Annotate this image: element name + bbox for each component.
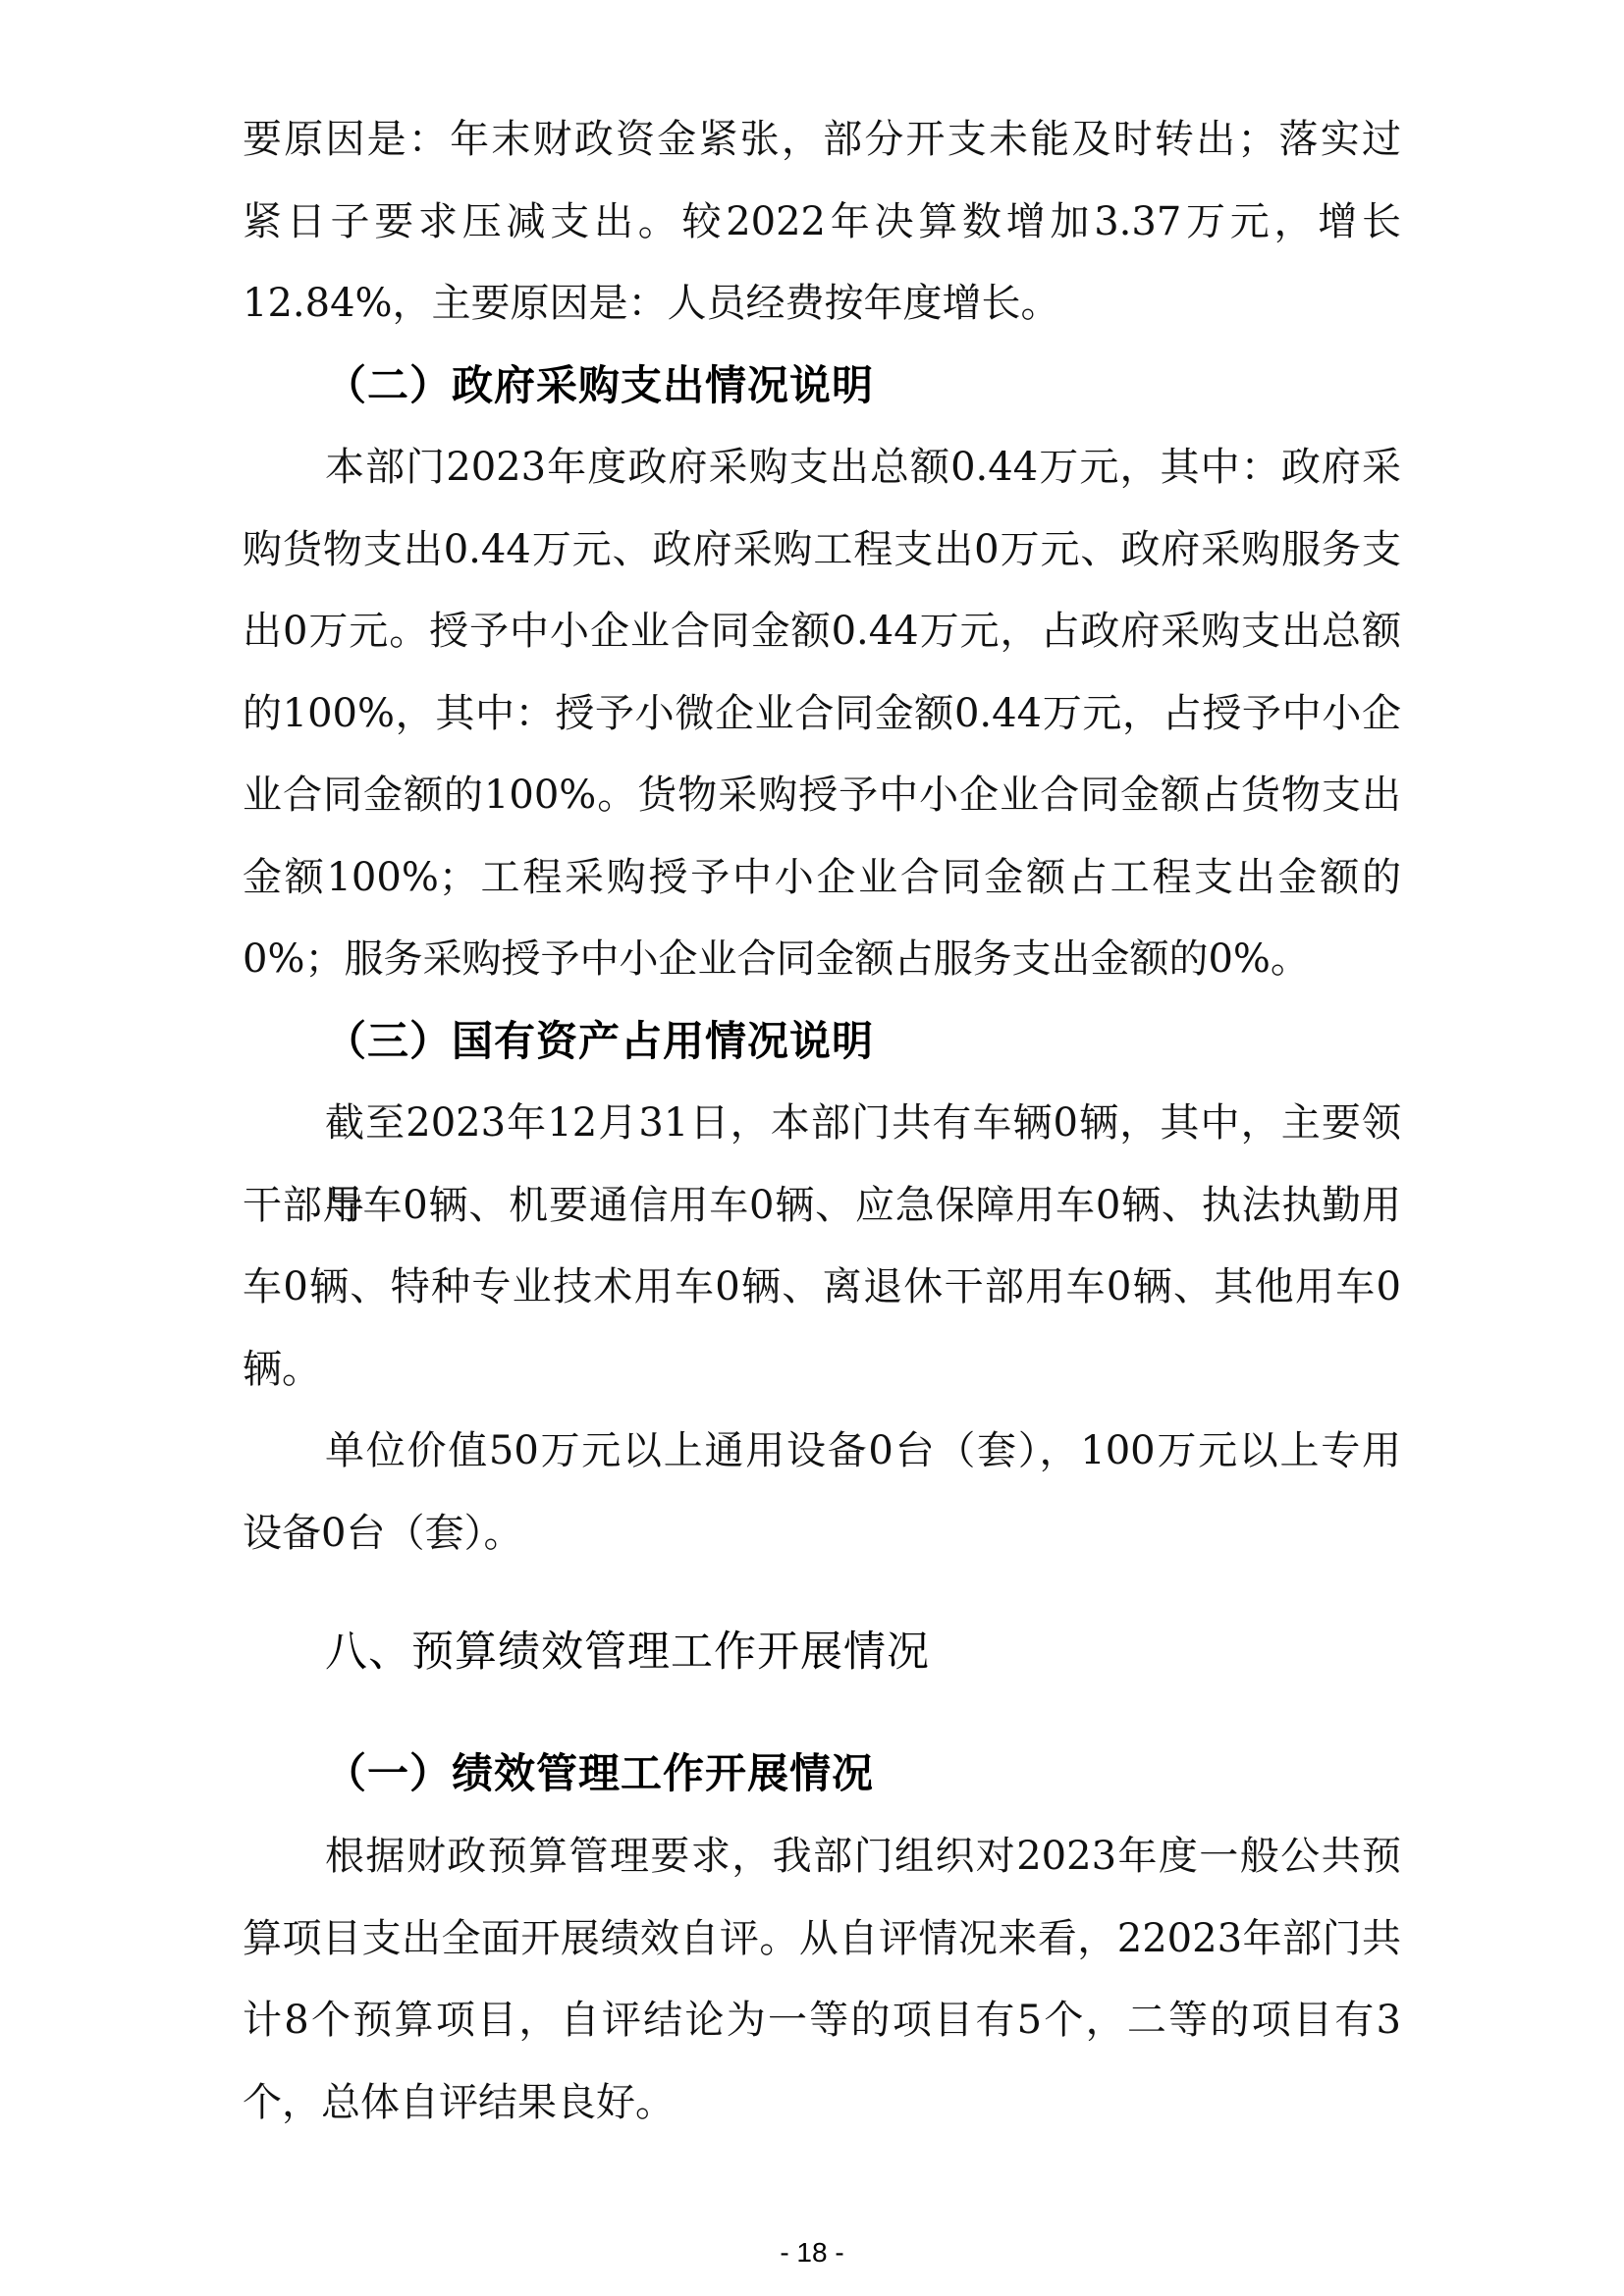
paragraph-line: 12.84%，主要原因是：人员经费按年度增长。 bbox=[243, 262, 1401, 345]
paragraph-line: 紧日子要求压减支出。较2022年决算数增加3.37万元，增长 bbox=[243, 181, 1401, 263]
paragraph-line: 根据财政预算管理要求，我部门组织对2023年度一般公共预 bbox=[325, 1815, 1401, 1897]
paragraph-line: 单位价值50万元以上通用设备0台（套），100万元以上专用 bbox=[325, 1410, 1401, 1492]
paragraph-line: 计8个预算项目，自评结论为一等的项目有5个，二等的项目有3 bbox=[243, 1979, 1401, 2061]
paragraph-line: 算项目支出全面开展绩效自评。从自评情况来看，22023年部门共 bbox=[243, 1897, 1401, 1980]
paragraph-line: 要原因是：年末财政资金紧张，部分开支未能及时转出；落实过 bbox=[243, 98, 1401, 181]
paragraph-line: 设备0台（套）。 bbox=[243, 1492, 1401, 1575]
paragraph-line: 干部用车0辆、机要通信用车0辆、应急保障用车0辆、执法执勤用 bbox=[243, 1164, 1401, 1247]
paragraph-line: 截至2023年12月31日，本部门共有车辆0辆，其中，主要领导 bbox=[325, 1082, 1401, 1164]
paragraph-line: 购货物支出0.44万元、政府采购工程支出0万元、政府采购服务支 bbox=[243, 508, 1401, 591]
paragraph-line: 出0万元。授予中小企业合同金额0.44万元，占政府采购支出总额 bbox=[243, 590, 1401, 672]
document-page: 要原因是：年末财政资金紧张，部分开支未能及时转出；落实过 紧日子要求压减支出。较… bbox=[0, 0, 1624, 2296]
paragraph-line: 个，总体自评结果良好。 bbox=[243, 2061, 1401, 2144]
paragraph-line: 车0辆、特种专业技术用车0辆、离退休干部用车0辆、其他用车0 bbox=[243, 1246, 1401, 1328]
paragraph-line: 业合同金额的100%。货物采购授予中小企业合同金额占货物支出 bbox=[243, 754, 1401, 836]
section-heading-state-assets: （三）国有资产占用情况说明 bbox=[325, 1000, 874, 1083]
paragraph-line: 0%；服务采购授予中小企业合同金额占服务支出金额的0%。 bbox=[243, 918, 1401, 1000]
section-heading-performance-management: 八、预算绩效管理工作开展情况 bbox=[325, 1608, 930, 1696]
paragraph-line: 本部门2023年度政府采购支出总额0.44万元，其中：政府采 bbox=[325, 426, 1401, 508]
paragraph-line: 的100%，其中：授予小微企业合同金额0.44万元，占授予中小企 bbox=[243, 672, 1401, 755]
subsection-heading-performance-work: （一）绩效管理工作开展情况 bbox=[325, 1733, 874, 1815]
page-number: - 18 - bbox=[0, 2236, 1624, 2269]
paragraph-line: 金额100%；工程采购授予中小企业合同金额占工程支出金额的 bbox=[243, 836, 1401, 919]
paragraph-line: 辆。 bbox=[243, 1328, 1401, 1411]
section-heading-government-procurement: （二）政府采购支出情况说明 bbox=[325, 345, 874, 427]
